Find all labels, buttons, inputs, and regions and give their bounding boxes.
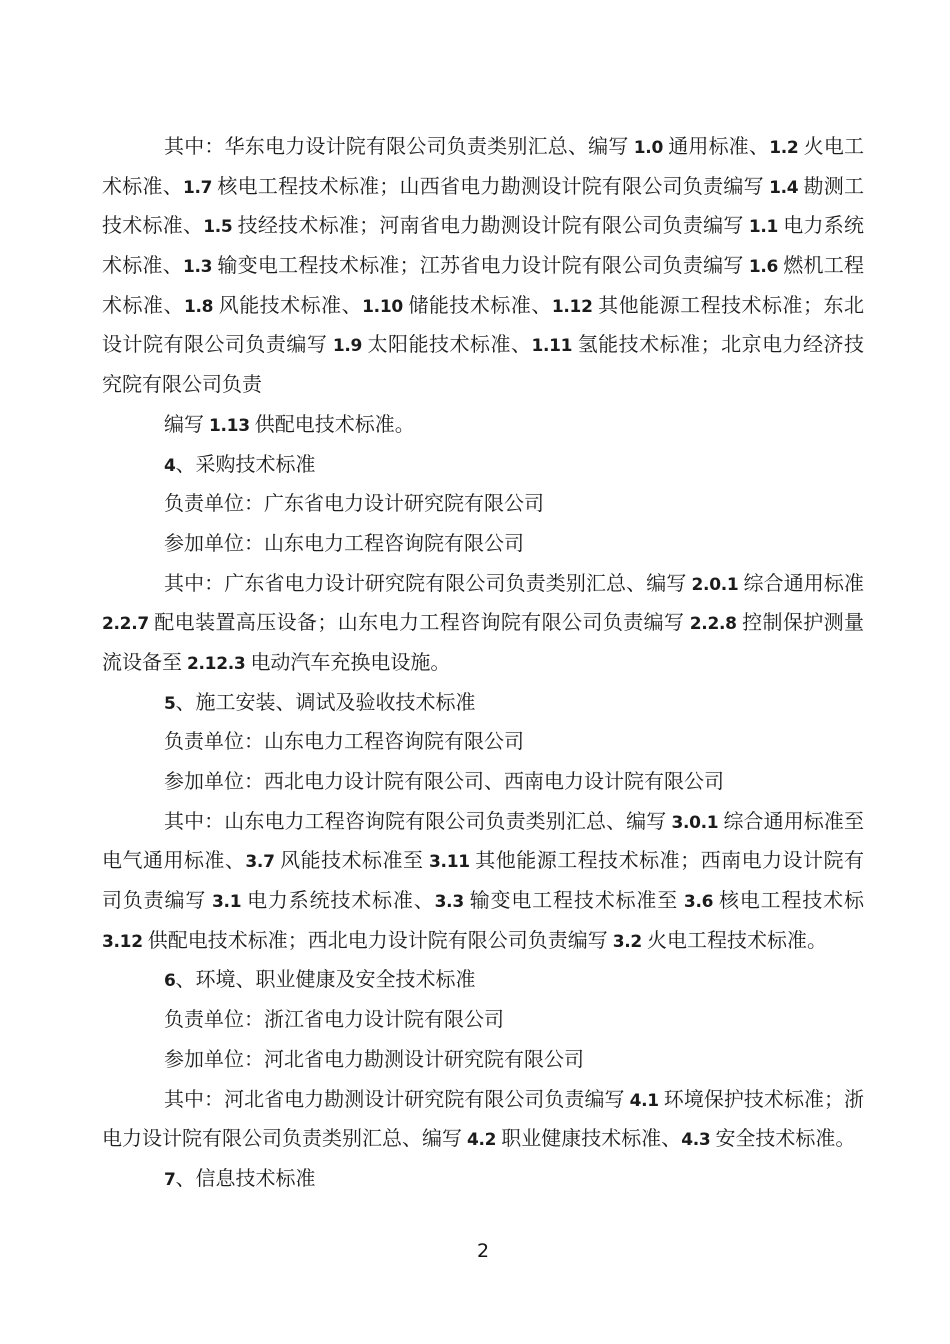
standard-number: 4 <box>164 456 176 476</box>
standard-number: 3.0.1 <box>671 813 718 833</box>
paragraph: 编写 1.13 供配电技术标准。 <box>102 406 864 446</box>
paragraph: 其中：华东电力设计院有限公司负责类别汇总、编写 1.0 通用标准、1.2 火电工… <box>102 128 864 406</box>
paragraph: 其中：河北省电力勘测设计研究院有限公司负责编写 4.1 环境保护技术标准；浙江省… <box>102 1081 864 1160</box>
text-line: 设计院有限公司负责编写 1.9 太阳能技术标准、1.11 氢能技术标准；北京电力… <box>102 326 864 366</box>
page-number: 2 <box>102 1236 864 1266</box>
paragraph: 其中：广东省电力设计研究院有限公司负责类别汇总、编写 2.0.1 综合通用标准至… <box>102 565 864 684</box>
text-line: 参加单位：河北省电力勘测设计研究院有限公司 <box>102 1041 864 1081</box>
standard-number: 1.2 <box>769 138 798 158</box>
paragraph: 负责单位：浙江省电力设计院有限公司 <box>102 1001 864 1041</box>
text-line: 其中：广东省电力设计研究院有限公司负责类别汇总、编写 2.0.1 综合通用标准至 <box>102 565 864 605</box>
standard-number: 2.0.1 <box>692 575 739 595</box>
text-line: 6、环境、职业健康及安全技术标准 <box>102 961 864 1001</box>
text-line: 参加单位：山东电力工程咨询院有限公司 <box>102 525 864 565</box>
standard-number: 1.8 <box>184 297 213 317</box>
text-line: 其中：河北省电力勘测设计研究院有限公司负责编写 4.1 环境保护技术标准；浙江省 <box>102 1081 864 1121</box>
standard-number: 1.11 <box>531 336 572 356</box>
text-line: 参加单位：西北电力设计院有限公司、西南电力设计院有限公司 <box>102 763 864 803</box>
paragraph: 负责单位：山东电力工程咨询院有限公司 <box>102 723 864 763</box>
text-line: 2.2.7 配电装置高压设备；山东电力工程咨询院有限公司负责编写 2.2.8 控… <box>102 604 864 644</box>
standard-number: 2.2.8 <box>690 614 737 634</box>
standard-number: 1.5 <box>203 217 232 237</box>
text-line: 司负责编写 3.1 电力系统技术标准、3.3 输变电工程技术标准至 3.6 核电… <box>102 882 864 922</box>
text-line: 4、采购技术标准 <box>102 446 864 486</box>
paragraph: 负责单位：广东省电力设计研究院有限公司 <box>102 485 864 525</box>
standard-number: 7 <box>164 1170 176 1190</box>
standard-number: 1.12 <box>552 297 593 317</box>
paragraph: 参加单位：山东电力工程咨询院有限公司 <box>102 525 864 565</box>
text-line: 7、信息技术标准 <box>102 1160 864 1200</box>
standard-number: 3.12 <box>102 932 143 952</box>
text-line: 流设备至 2.12.3 电动汽车充换电设施。 <box>102 644 864 684</box>
text-line: 术标准、1.8 风能技术标准、1.10 储能技术标准、1.12 其他能源工程技术… <box>102 287 864 327</box>
standard-number: 2.12.3 <box>187 654 245 674</box>
paragraph: 6、环境、职业健康及安全技术标准 <box>102 961 864 1001</box>
standard-number: 1.3 <box>183 257 212 277</box>
paragraph: 参加单位：河北省电力勘测设计研究院有限公司 <box>102 1041 864 1081</box>
document-body: 其中：华东电力设计院有限公司负责类别汇总、编写 1.0 通用标准、1.2 火电工… <box>102 128 864 1200</box>
standard-number: 1.7 <box>183 178 212 198</box>
standard-number: 1.9 <box>333 336 362 356</box>
standard-number: 1.6 <box>749 257 778 277</box>
standard-number: 6 <box>164 971 176 991</box>
standard-number: 1.1 <box>749 217 778 237</box>
standard-number: 1.13 <box>209 416 250 436</box>
text-line: 术标准、1.3 输变电工程技术标准；江苏省电力设计院有限公司负责编写 1.6 燃… <box>102 247 864 287</box>
standard-number: 3.7 <box>245 852 274 872</box>
text-line: 电力设计院有限公司负责类别汇总、编写 4.2 职业健康技术标准、4.3 安全技术… <box>102 1120 864 1160</box>
text-line: 其中：华东电力设计院有限公司负责类别汇总、编写 1.0 通用标准、1.2 火电工… <box>102 128 864 168</box>
paragraph: 7、信息技术标准 <box>102 1160 864 1200</box>
paragraph: 4、采购技术标准 <box>102 446 864 486</box>
standard-number: 3.6 <box>684 892 713 912</box>
text-line: 术标准、1.7 核电工程技术标准；山西省电力勘测设计院有限公司负责编写 1.4 … <box>102 168 864 208</box>
standard-number: 3.1 <box>212 892 241 912</box>
standard-number: 5 <box>164 694 176 714</box>
standard-number: 4.1 <box>630 1091 659 1111</box>
text-line: 3.12 供配电技术标准；西北电力设计院有限公司负责编写 3.2 火电工程技术标… <box>102 922 864 962</box>
paragraph: 5、施工安装、调试及验收技术标准 <box>102 684 864 724</box>
text-line: 电气通用标准、3.7 风能技术标准至 3.11 其他能源工程技术标准；西南电力设… <box>102 842 864 882</box>
standard-number: 4.2 <box>467 1130 496 1150</box>
standard-number: 3.3 <box>435 892 464 912</box>
text-line: 负责单位：浙江省电力设计院有限公司 <box>102 1001 864 1041</box>
paragraph: 参加单位：西北电力设计院有限公司、西南电力设计院有限公司 <box>102 763 864 803</box>
standard-number: 3.11 <box>429 852 470 872</box>
document-page: 其中：华东电力设计院有限公司负责类别汇总、编写 1.0 通用标准、1.2 火电工… <box>0 0 950 1344</box>
standard-number: 3.2 <box>613 932 642 952</box>
standard-number: 4.3 <box>681 1130 710 1150</box>
text-line: 技术标准、1.5 技经技术标准；河南省电力勘测设计院有限公司负责编写 1.1 电… <box>102 207 864 247</box>
text-line: 其中：山东电力工程咨询院有限公司负责类别汇总、编写 3.0.1 综合通用标准至 … <box>102 803 864 843</box>
text-line: 负责单位：广东省电力设计研究院有限公司 <box>102 485 864 525</box>
text-line: 究院有限公司负责 <box>102 366 864 406</box>
text-line: 编写 1.13 供配电技术标准。 <box>102 406 864 446</box>
text-line: 5、施工安装、调试及验收技术标准 <box>102 684 864 724</box>
paragraph: 其中：山东电力工程咨询院有限公司负责类别汇总、编写 3.0.1 综合通用标准至 … <box>102 803 864 962</box>
standard-number: 1.10 <box>362 297 403 317</box>
text-line: 负责单位：山东电力工程咨询院有限公司 <box>102 723 864 763</box>
standard-number: 2.2.7 <box>102 614 149 634</box>
standard-number: 1.4 <box>769 178 798 198</box>
standard-number: 1.0 <box>634 138 663 158</box>
